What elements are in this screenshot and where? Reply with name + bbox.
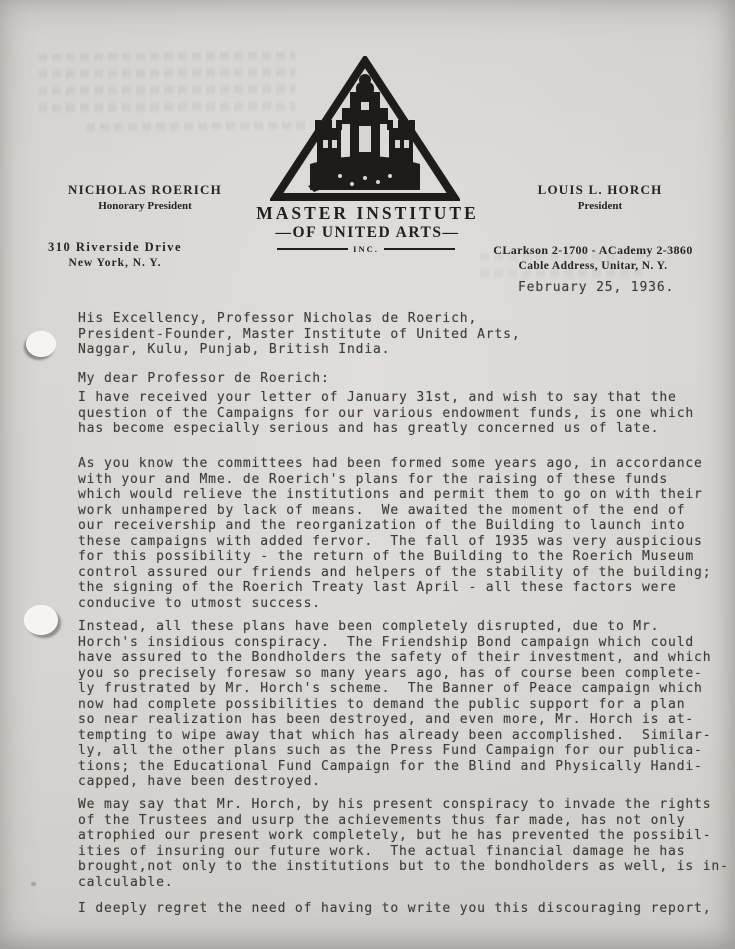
hole-punch xyxy=(26,331,56,357)
contact-block: CLarkson 2-1700 - ACademy 2-3860 Cable A… xyxy=(478,241,708,272)
hole-punch xyxy=(24,605,58,635)
paragraph-4: We may say that Mr. Horch, by his presen… xyxy=(78,797,734,890)
paragraph-1: I have received your letter of January 3… xyxy=(78,390,728,437)
organization-inc: INC. xyxy=(353,244,379,254)
inc-rule-right xyxy=(384,248,455,251)
organization-inc-row: INC. xyxy=(277,244,455,254)
triangle-castle-logo xyxy=(270,56,460,202)
organization-name-line2: —OF UNITED ARTS— xyxy=(0,224,735,242)
inc-rule-left xyxy=(277,248,348,251)
street-address-block: 310 Riverside Drive New York, N. Y. xyxy=(25,240,205,269)
street-address-line1: 310 Riverside Drive xyxy=(25,240,205,255)
honorary-president-name: NICHOLAS ROERICH xyxy=(45,182,245,198)
organization-name-line1: MASTER INSTITUTE xyxy=(0,203,735,224)
date-line: February 25, 1936. xyxy=(518,280,674,296)
telephone-numbers: CLarkson 2-1700 - ACademy 2-3860 xyxy=(478,243,708,258)
bleed-through-smudge xyxy=(38,51,296,115)
paragraph-3: Instead, all these plans have been compl… xyxy=(78,619,734,790)
cable-address: Cable Address, Unitar, N. Y. xyxy=(478,260,708,272)
street-address-line2: New York, N. Y. xyxy=(25,257,205,269)
recipient-address: His Excellency, Professor Nicholas de Ro… xyxy=(78,311,678,358)
paragraph-5: I deeply regret the need of having to wr… xyxy=(78,901,734,917)
paragraph-2: As you know the committees had been form… xyxy=(78,456,728,611)
scanned-letter-page: NICHOLAS ROERICH Honorary President 310 … xyxy=(0,0,735,949)
president-name: LOUIS L. HORCH xyxy=(500,182,700,198)
salutation: My dear Professor de Roerich: xyxy=(78,371,330,387)
paper-speck xyxy=(31,882,36,886)
